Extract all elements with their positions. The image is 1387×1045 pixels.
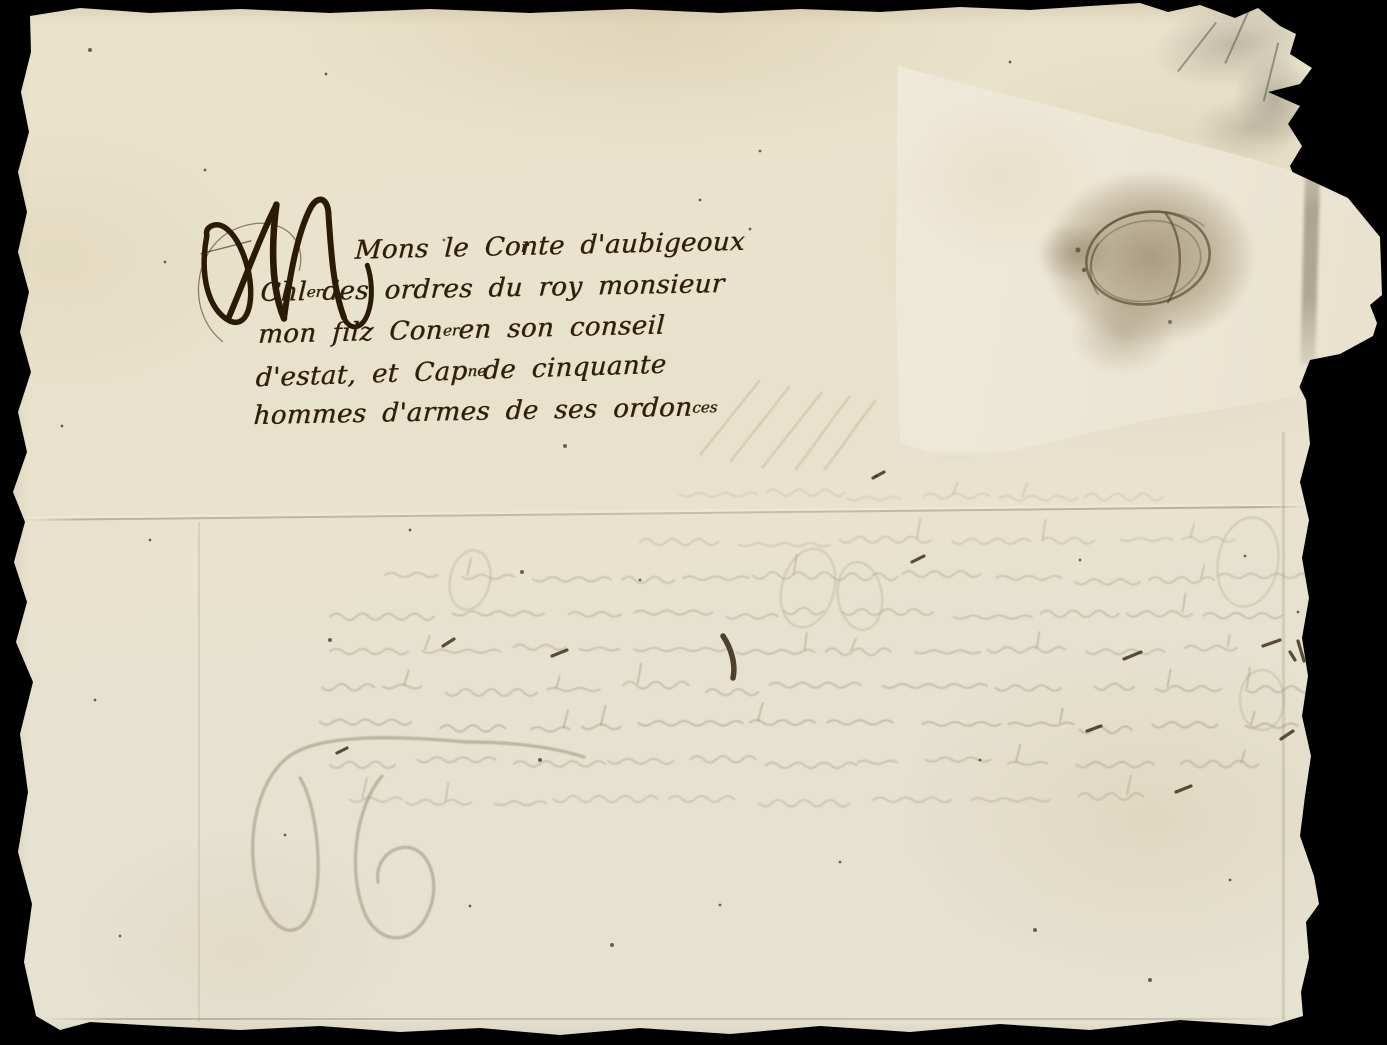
dark-ink-stroke — [723, 636, 734, 678]
manuscript-scan: Monsr le Conte d'aubigeoux Chler des ord… — [0, 0, 1387, 1045]
address-line: hommes d'armes de ses ordonces — [253, 387, 725, 437]
address-lines: Monsr le Conte d'aubigeoux Chler des ord… — [252, 224, 733, 436]
address-block: Monsr le Conte d'aubigeoux Chler des ord… — [194, 178, 728, 455]
seal-ring-icon — [1020, 152, 1290, 392]
flap-grime-streak — [1300, 146, 1321, 364]
seal-impression — [1020, 152, 1290, 392]
